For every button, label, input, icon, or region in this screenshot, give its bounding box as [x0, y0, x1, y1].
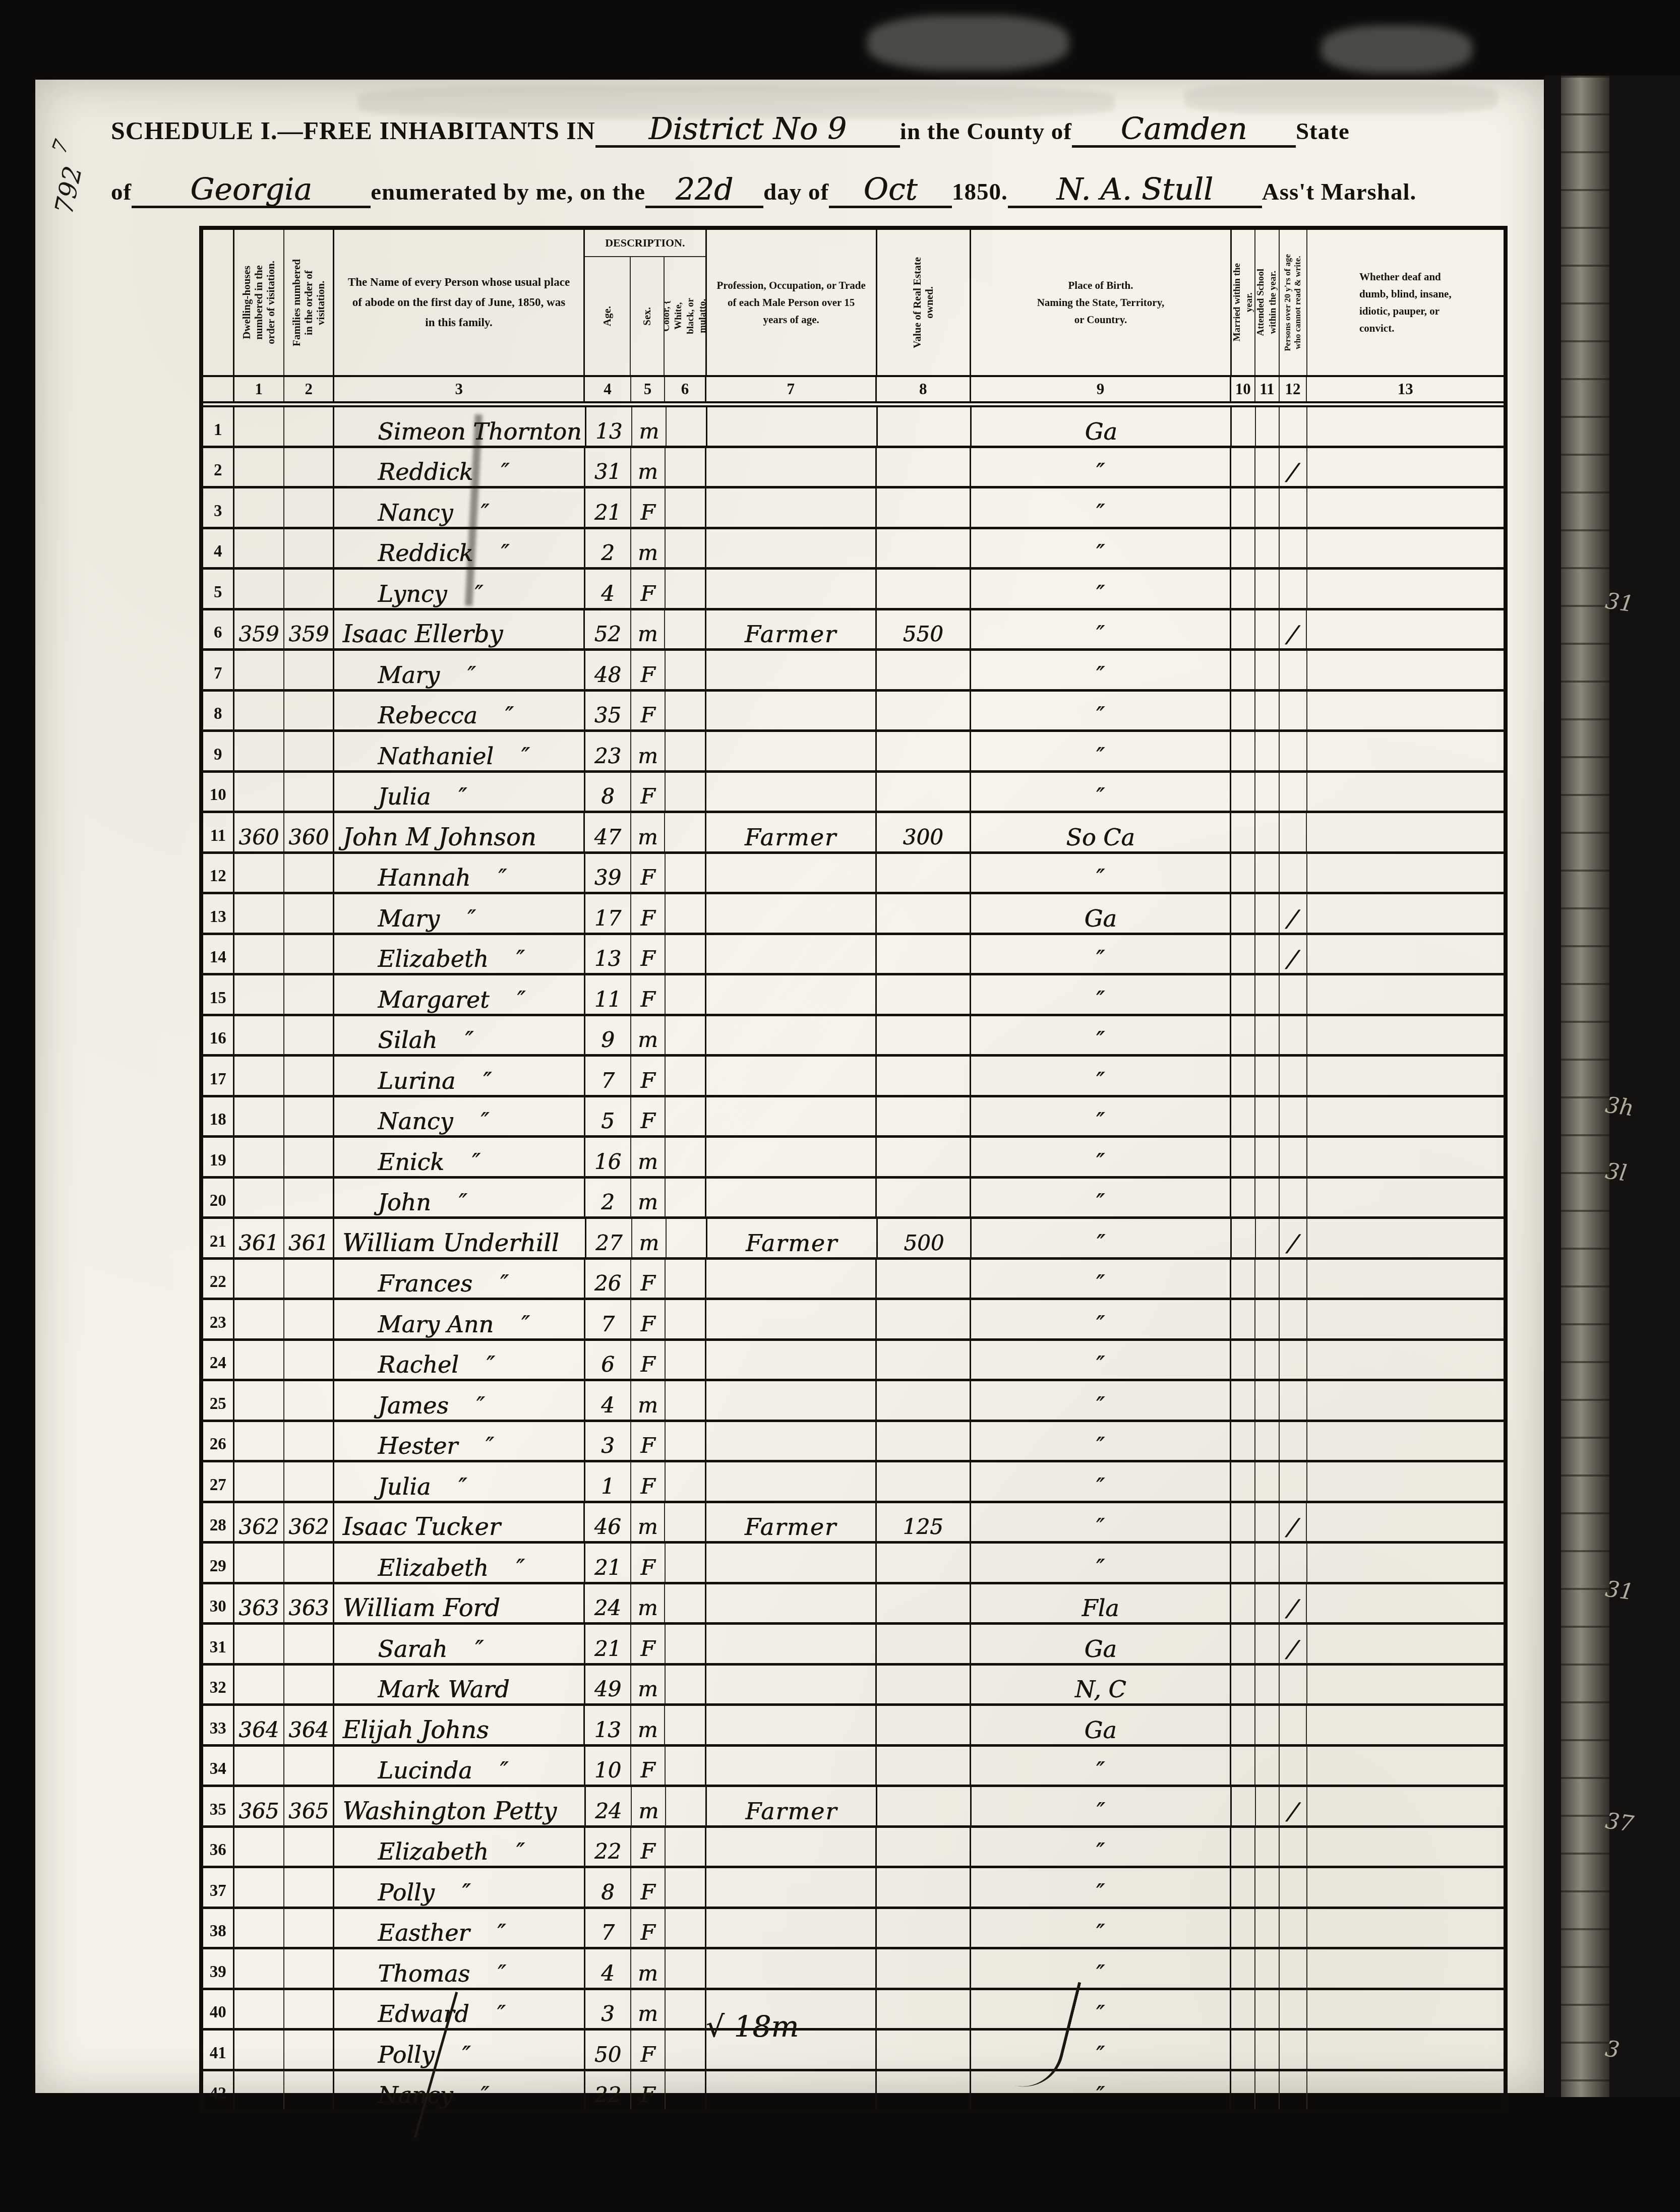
cell-married-within-year — [1231, 1341, 1255, 1379]
cell-occupation: Farmer — [706, 610, 877, 649]
cell-cannot-read-write — [1280, 813, 1307, 851]
column-number — [203, 377, 234, 401]
cell-color — [666, 1016, 706, 1055]
of-label: of — [111, 178, 132, 206]
line-number-cell: 2 — [203, 448, 234, 486]
cell-color — [666, 2031, 706, 2069]
column-label: Place of Birth. Naming the State, Territ… — [1037, 277, 1165, 328]
line-number-cell: 13 — [203, 894, 234, 933]
table-row: 32 Mark Ward 49 m N, C — [203, 1666, 1504, 1706]
cell-real-estate-value — [877, 975, 971, 1014]
cell-cannot-read-write — [1280, 854, 1307, 892]
cell-sex: F — [631, 488, 666, 527]
cell-cannot-read-write — [1280, 1949, 1307, 1988]
cell-sex: m — [631, 448, 666, 486]
cell-name: Margaret″ — [334, 975, 585, 1014]
cell-condition — [1307, 692, 1504, 730]
cell-color — [666, 1828, 706, 1866]
cell-cannot-read-write: / — [1280, 1219, 1307, 1257]
cell-cannot-read-write — [1280, 732, 1307, 770]
cell-birthplace: ″ — [971, 975, 1232, 1014]
cell-cannot-read-write — [1280, 975, 1307, 1014]
table-row: 20 John″ 2 m ″ — [203, 1179, 1504, 1219]
cell-color — [665, 1503, 706, 1542]
cell-age: 7 — [585, 1057, 631, 1095]
cell-color — [665, 1584, 706, 1623]
column-number: 2 — [284, 377, 334, 401]
cell-occupation — [706, 773, 877, 811]
cell-occupation — [706, 651, 877, 689]
cell-dwelling-number — [234, 1747, 284, 1785]
cell-color — [666, 1057, 706, 1095]
cell-real-estate-value: 125 — [877, 1503, 971, 1542]
cell-family-number — [284, 1990, 334, 2029]
cell-dwelling-number: 359 — [234, 610, 284, 649]
cell-attended-school — [1255, 1666, 1280, 1704]
cell-age: 47 — [585, 813, 631, 851]
cell-color — [667, 407, 707, 446]
cell-attended-school — [1255, 1179, 1280, 1217]
cell-age: 4 — [585, 1949, 631, 1988]
cell-color — [666, 1625, 706, 1663]
cell-color — [666, 732, 706, 770]
cell-real-estate-value — [877, 894, 971, 933]
cell-occupation — [706, 1422, 877, 1460]
cell-age: 13 — [586, 407, 632, 446]
cell-cannot-read-write — [1280, 1706, 1307, 1744]
cell-attended-school — [1255, 1138, 1280, 1176]
line-number-cell: 9 — [203, 732, 234, 770]
line-number-cell: 26 — [203, 1422, 234, 1460]
cell-attended-school — [1255, 1949, 1280, 1988]
line-number-cell: 20 — [203, 1179, 234, 1217]
cell-birthplace: ″ — [971, 1462, 1232, 1501]
cell-color — [666, 570, 706, 608]
cell-attended-school — [1255, 1422, 1280, 1460]
cell-color — [666, 1381, 706, 1420]
table-header: Dwelling-houses numbered in the order of… — [203, 230, 1504, 377]
cell-condition — [1307, 813, 1504, 851]
census-page: 7 792 Schedule I.—Free Inhabitants in Di… — [35, 80, 1544, 2093]
column-label: Dwelling-houses numbered in the order of… — [241, 261, 277, 344]
cell-attended-school — [1255, 448, 1280, 486]
cell-sex: F — [631, 935, 666, 973]
cell-condition — [1307, 2071, 1504, 2110]
cell-name: Reddick″ — [334, 448, 585, 486]
cell-occupation — [706, 1341, 877, 1379]
cell-condition — [1307, 1260, 1504, 1298]
cell-name: Polly″ — [334, 1868, 585, 1907]
cell-condition — [1307, 610, 1504, 649]
cell-occupation — [706, 1300, 877, 1338]
cell-real-estate-value — [877, 1625, 971, 1663]
cell-age: 39 — [585, 854, 631, 892]
cell-color — [666, 1422, 706, 1460]
table-row: 29 Elizabeth″ 21 F ″ — [203, 1544, 1504, 1584]
cell-sex: F — [631, 1909, 666, 1947]
cell-birthplace: ″ — [971, 1260, 1232, 1298]
cell-attended-school — [1255, 1584, 1280, 1623]
cell-condition — [1307, 935, 1504, 973]
cell-condition — [1307, 570, 1504, 608]
cell-real-estate-value: 300 — [877, 813, 971, 851]
cell-sex: F — [631, 1747, 666, 1785]
line-number-cell: 33 — [203, 1706, 234, 1744]
cell-occupation — [706, 854, 877, 892]
county-handwritten: Camden — [1072, 113, 1296, 148]
cell-married-within-year — [1231, 1138, 1255, 1176]
margin-note-792: 792 — [49, 163, 88, 216]
line-number-cell: 37 — [203, 1868, 234, 1907]
cell-cannot-read-write: / — [1280, 1625, 1307, 1663]
cell-family-number — [284, 1179, 334, 1217]
column-header-sex: Sex. — [631, 257, 665, 375]
cell-age: 31 — [585, 448, 631, 486]
cell-sex: F — [631, 1462, 666, 1501]
column-number: 12 — [1280, 377, 1307, 401]
column-number: 3 — [334, 377, 585, 401]
cell-family-number — [284, 1868, 334, 1907]
cell-real-estate-value — [877, 1097, 971, 1136]
cell-attended-school — [1255, 1057, 1280, 1095]
cell-age: 27 — [586, 1219, 632, 1257]
cell-real-estate-value: 500 — [878, 1219, 972, 1257]
ditto-mark: ″ — [481, 2082, 489, 2108]
cell-married-within-year — [1231, 813, 1255, 851]
cell-family-number — [284, 692, 334, 730]
cell-married-within-year — [1231, 1990, 1255, 2029]
cell-dwelling-number — [234, 1949, 284, 1988]
cell-condition — [1307, 732, 1504, 770]
line-number-cell: 28 — [203, 1503, 234, 1542]
cell-family-number — [284, 488, 334, 527]
cell-condition — [1307, 1219, 1504, 1257]
cell-condition — [1307, 1503, 1504, 1542]
cell-occupation — [706, 894, 877, 933]
cell-married-within-year — [1231, 1868, 1255, 1907]
cell-married-within-year — [1231, 2031, 1255, 2069]
cell-condition — [1307, 1016, 1504, 1055]
cell-occupation: Farmer — [707, 1787, 877, 1825]
cell-family-number — [284, 935, 334, 973]
column-label: Families numbered in the order of visita… — [290, 259, 327, 346]
cell-family-number — [284, 773, 334, 811]
cell-real-estate-value — [877, 732, 971, 770]
cell-cannot-read-write — [1280, 1666, 1307, 1704]
cell-family-number — [284, 1341, 334, 1379]
cell-family-number — [284, 1057, 334, 1095]
cell-condition — [1307, 1422, 1504, 1460]
ditto-mark: ″ — [500, 1270, 509, 1297]
cell-married-within-year — [1231, 651, 1255, 689]
cell-cannot-read-write — [1280, 407, 1307, 446]
cell-attended-school — [1255, 651, 1280, 689]
table-row: 9 Nathaniel″ 23 m ″ — [203, 732, 1504, 773]
cell-family-number — [284, 732, 334, 770]
cell-birthplace: ″ — [971, 529, 1232, 568]
cell-attended-school — [1255, 1097, 1280, 1136]
cell-age: 11 — [585, 975, 631, 1014]
cell-married-within-year — [1231, 975, 1255, 1014]
cell-sex: F — [631, 1260, 666, 1298]
cell-sex: m — [631, 1179, 666, 1217]
scanned-document-screenshot: { "header": { "schedule_prefix": "Schedu… — [0, 0, 1680, 2212]
cell-married-within-year — [1231, 570, 1255, 608]
ditto-mark: ″ — [467, 662, 476, 688]
day-handwritten: 22d — [645, 173, 763, 208]
cell-condition — [1307, 448, 1504, 486]
cell-attended-school — [1255, 1544, 1280, 1582]
cell-age: 6 — [585, 1341, 631, 1379]
cell-family-number — [284, 1544, 334, 1582]
line-number-cell: 6 — [203, 610, 234, 649]
cell-attended-school — [1255, 1503, 1280, 1542]
cell-real-estate-value — [877, 1828, 971, 1866]
table-row: 33 364 364 Elijah Johns 13 m Ga — [203, 1706, 1504, 1747]
cell-birthplace: ″ — [971, 1747, 1232, 1785]
cell-attended-school — [1255, 570, 1280, 608]
cell-family-number — [284, 651, 334, 689]
cell-real-estate-value — [877, 1787, 972, 1825]
ditto-mark: ″ — [517, 987, 525, 1013]
ditto-mark: ″ — [462, 1879, 471, 1906]
ditto-mark: ″ — [462, 2042, 471, 2068]
cell-color — [666, 1179, 706, 1217]
adjacent-page-edge: 313h3l31373 — [1545, 76, 1680, 2097]
cell-sex: F — [631, 894, 666, 933]
cell-dwelling-number — [234, 732, 284, 770]
cell-sex: m — [632, 407, 666, 446]
cell-married-within-year — [1231, 692, 1255, 730]
cell-cannot-read-write — [1280, 1179, 1307, 1217]
table-row: 27 Julia″ 1 F ″ — [203, 1462, 1504, 1503]
cell-name: Nancy″ — [334, 488, 585, 527]
cell-cannot-read-write — [1280, 570, 1307, 608]
cell-occupation — [707, 407, 877, 446]
cell-name: Elijah Johns — [334, 1706, 585, 1744]
cell-age: 4 — [585, 570, 631, 608]
cell-dwelling-number: 362 — [234, 1503, 284, 1542]
line-number-cell: 42 — [203, 2071, 234, 2110]
cell-real-estate-value — [877, 2071, 971, 2110]
cell-birthplace: ″ — [971, 692, 1232, 730]
cell-sex: F — [631, 1097, 666, 1136]
cell-family-number: 364 — [284, 1706, 334, 1744]
cell-condition — [1307, 1625, 1504, 1663]
column-number: 7 — [706, 377, 877, 401]
cell-age: 5 — [585, 1097, 631, 1136]
cell-married-within-year — [1231, 732, 1255, 770]
cell-color — [666, 448, 706, 486]
cell-cannot-read-write — [1280, 488, 1307, 527]
cell-sex: m — [632, 1787, 666, 1825]
cell-birthplace: ″ — [971, 488, 1232, 527]
cell-family-number: 365 — [284, 1787, 334, 1825]
year-label: 1850. — [952, 178, 1008, 206]
cell-dwelling-number — [234, 2071, 284, 2110]
cell-attended-school — [1255, 1381, 1280, 1420]
ditto-mark: ″ — [501, 540, 509, 566]
cell-sex: F — [631, 1057, 666, 1095]
cell-condition — [1307, 1909, 1504, 1947]
cell-dwelling-number — [234, 2031, 284, 2069]
cell-age: 7 — [585, 1909, 631, 1947]
cell-occupation — [706, 935, 877, 973]
cell-real-estate-value — [877, 1422, 971, 1460]
cell-married-within-year — [1231, 1422, 1255, 1460]
cell-cannot-read-write: / — [1280, 1584, 1307, 1623]
cell-real-estate-value — [877, 854, 971, 892]
cell-family-number — [284, 407, 334, 446]
cell-attended-school — [1255, 1462, 1280, 1501]
cell-real-estate-value — [877, 1260, 971, 1298]
cell-name: Mary″ — [334, 651, 585, 689]
line-number-cell: 10 — [203, 773, 234, 811]
cell-age: 3 — [585, 1422, 631, 1460]
cell-condition — [1307, 773, 1504, 811]
description-group-header: DESCRIPTION. Age. Sex. Color, { White, b… — [585, 230, 707, 375]
cell-family-number — [284, 1909, 334, 1947]
cell-married-within-year — [1231, 1300, 1255, 1338]
column-header-color: Color, { White, black, or mulatto. — [665, 257, 705, 375]
cell-occupation — [706, 1625, 877, 1663]
cell-name: Isaac Tucker — [334, 1503, 585, 1542]
ditto-mark: ″ — [505, 702, 514, 728]
line-number-cell: 5 — [203, 570, 234, 608]
table-row: 42 Nancy″ 22 F ″ — [203, 2071, 1504, 2110]
cell-sex: m — [631, 1503, 666, 1542]
cell-name: Sarah″ — [334, 1625, 585, 1663]
adjacent-page-number: 3 — [1604, 2036, 1622, 2063]
cell-name: Lucinda″ — [334, 1747, 585, 1785]
table-row: 15 Margaret″ 11 F ″ — [203, 975, 1504, 1016]
cell-color — [666, 1666, 706, 1704]
cell-married-within-year — [1231, 1179, 1255, 1217]
cell-color — [666, 1097, 706, 1136]
cell-age: 24 — [585, 1584, 631, 1623]
cell-name: Julia″ — [334, 773, 585, 811]
cell-age: 13 — [585, 935, 631, 973]
cell-birthplace: ″ — [971, 651, 1232, 689]
cell-dwelling-number — [234, 1462, 284, 1501]
cell-age: 8 — [585, 1868, 631, 1907]
cell-attended-school — [1255, 1909, 1280, 1947]
cell-cannot-read-write — [1280, 1544, 1307, 1582]
table-row: 41 Polly″ 50 F ″ — [203, 2031, 1504, 2071]
line-number-cell: 29 — [203, 1544, 234, 1582]
adjacent-page-ruling — [1561, 76, 1609, 2097]
cell-name: William Ford — [334, 1584, 585, 1623]
column-header-name: The Name of every Person whose usual pla… — [334, 230, 585, 375]
cell-birthplace: Ga — [971, 1706, 1232, 1744]
cell-cannot-read-write: / — [1280, 1787, 1307, 1825]
column-number: 5 — [631, 377, 666, 401]
cell-cannot-read-write — [1280, 1868, 1307, 1907]
cell-name: Hannah″ — [334, 854, 585, 892]
cell-married-within-year — [1231, 1381, 1255, 1420]
cell-sex: m — [631, 1584, 666, 1623]
cell-attended-school — [1255, 2031, 1280, 2069]
cell-cannot-read-write: / — [1280, 894, 1307, 933]
cell-occupation — [706, 1179, 877, 1217]
cell-married-within-year — [1231, 1462, 1255, 1501]
cell-condition — [1307, 2031, 1504, 2069]
cell-condition — [1307, 1097, 1504, 1136]
cell-married-within-year — [1231, 1949, 1255, 1988]
column-number: 8 — [877, 377, 971, 401]
table-row: 7 Mary″ 48 F ″ — [203, 651, 1504, 692]
cell-real-estate-value — [877, 1300, 971, 1338]
cell-dwelling-number — [234, 1544, 284, 1582]
cell-name: Easther″ — [334, 1909, 585, 1947]
cell-married-within-year — [1231, 1706, 1255, 1744]
cell-name: John M Johnson — [334, 813, 585, 851]
cell-real-estate-value — [877, 2031, 971, 2069]
table-row: 40 Edward″ 3 m ″ — [203, 1990, 1504, 2031]
line-number-cell: 21 — [203, 1219, 234, 1257]
cell-name: Nathaniel″ — [334, 732, 585, 770]
cell-name: Reddick″ — [334, 529, 585, 568]
cell-age: 7 — [585, 1300, 631, 1338]
cell-name: Thomas″ — [334, 1949, 585, 1988]
month-handwritten: Oct — [829, 173, 952, 208]
cell-sex: F — [631, 651, 666, 689]
cell-age: 22 — [585, 2071, 631, 2110]
cell-dwelling-number — [234, 1016, 284, 1055]
cell-color — [666, 773, 706, 811]
cell-birthplace: ″ — [971, 570, 1232, 608]
cell-occupation — [706, 448, 877, 486]
cell-condition — [1307, 1544, 1504, 1582]
cell-occupation — [706, 1666, 877, 1704]
cell-family-number — [284, 570, 334, 608]
cell-cannot-read-write — [1280, 1828, 1307, 1866]
cell-occupation — [706, 1097, 877, 1136]
cell-name: Lyncy″ — [334, 570, 585, 608]
cell-attended-school — [1255, 1747, 1280, 1785]
cell-condition — [1307, 651, 1504, 689]
cell-family-number — [284, 1300, 334, 1338]
table-row: 12 Hannah″ 39 F ″ — [203, 854, 1504, 895]
cell-family-number — [284, 1097, 334, 1136]
cell-family-number — [284, 529, 334, 568]
cell-condition — [1307, 1868, 1504, 1907]
ditto-mark: ″ — [459, 1189, 467, 1215]
cell-name: Rebecca″ — [334, 692, 585, 730]
cell-real-estate-value — [877, 1706, 971, 1744]
table-row: 14 Elizabeth″ 13 F ″ / — [203, 935, 1504, 976]
description-label: DESCRIPTION. — [585, 230, 705, 257]
cell-occupation — [706, 692, 877, 730]
cell-name: Edward″ — [334, 1990, 585, 2029]
cell-dwelling-number — [234, 692, 284, 730]
cell-color — [666, 488, 706, 527]
column-label: Sex. — [641, 307, 653, 326]
table-row: 11 360 360 John M Johnson 47 m Farmer 30… — [203, 813, 1504, 854]
cell-cannot-read-write — [1280, 1747, 1307, 1785]
cell-dwelling-number — [234, 1341, 284, 1379]
cell-family-number — [284, 854, 334, 892]
column-label: Age. — [601, 306, 613, 326]
cell-age: 1 — [585, 1462, 631, 1501]
cell-attended-school — [1255, 1260, 1280, 1298]
cell-cannot-read-write — [1280, 692, 1307, 730]
cell-occupation — [706, 1706, 877, 1744]
cell-color — [665, 813, 706, 851]
line-number-cell: 22 — [203, 1260, 234, 1298]
cell-dwelling-number: 365 — [234, 1787, 284, 1825]
cell-color — [666, 935, 706, 973]
